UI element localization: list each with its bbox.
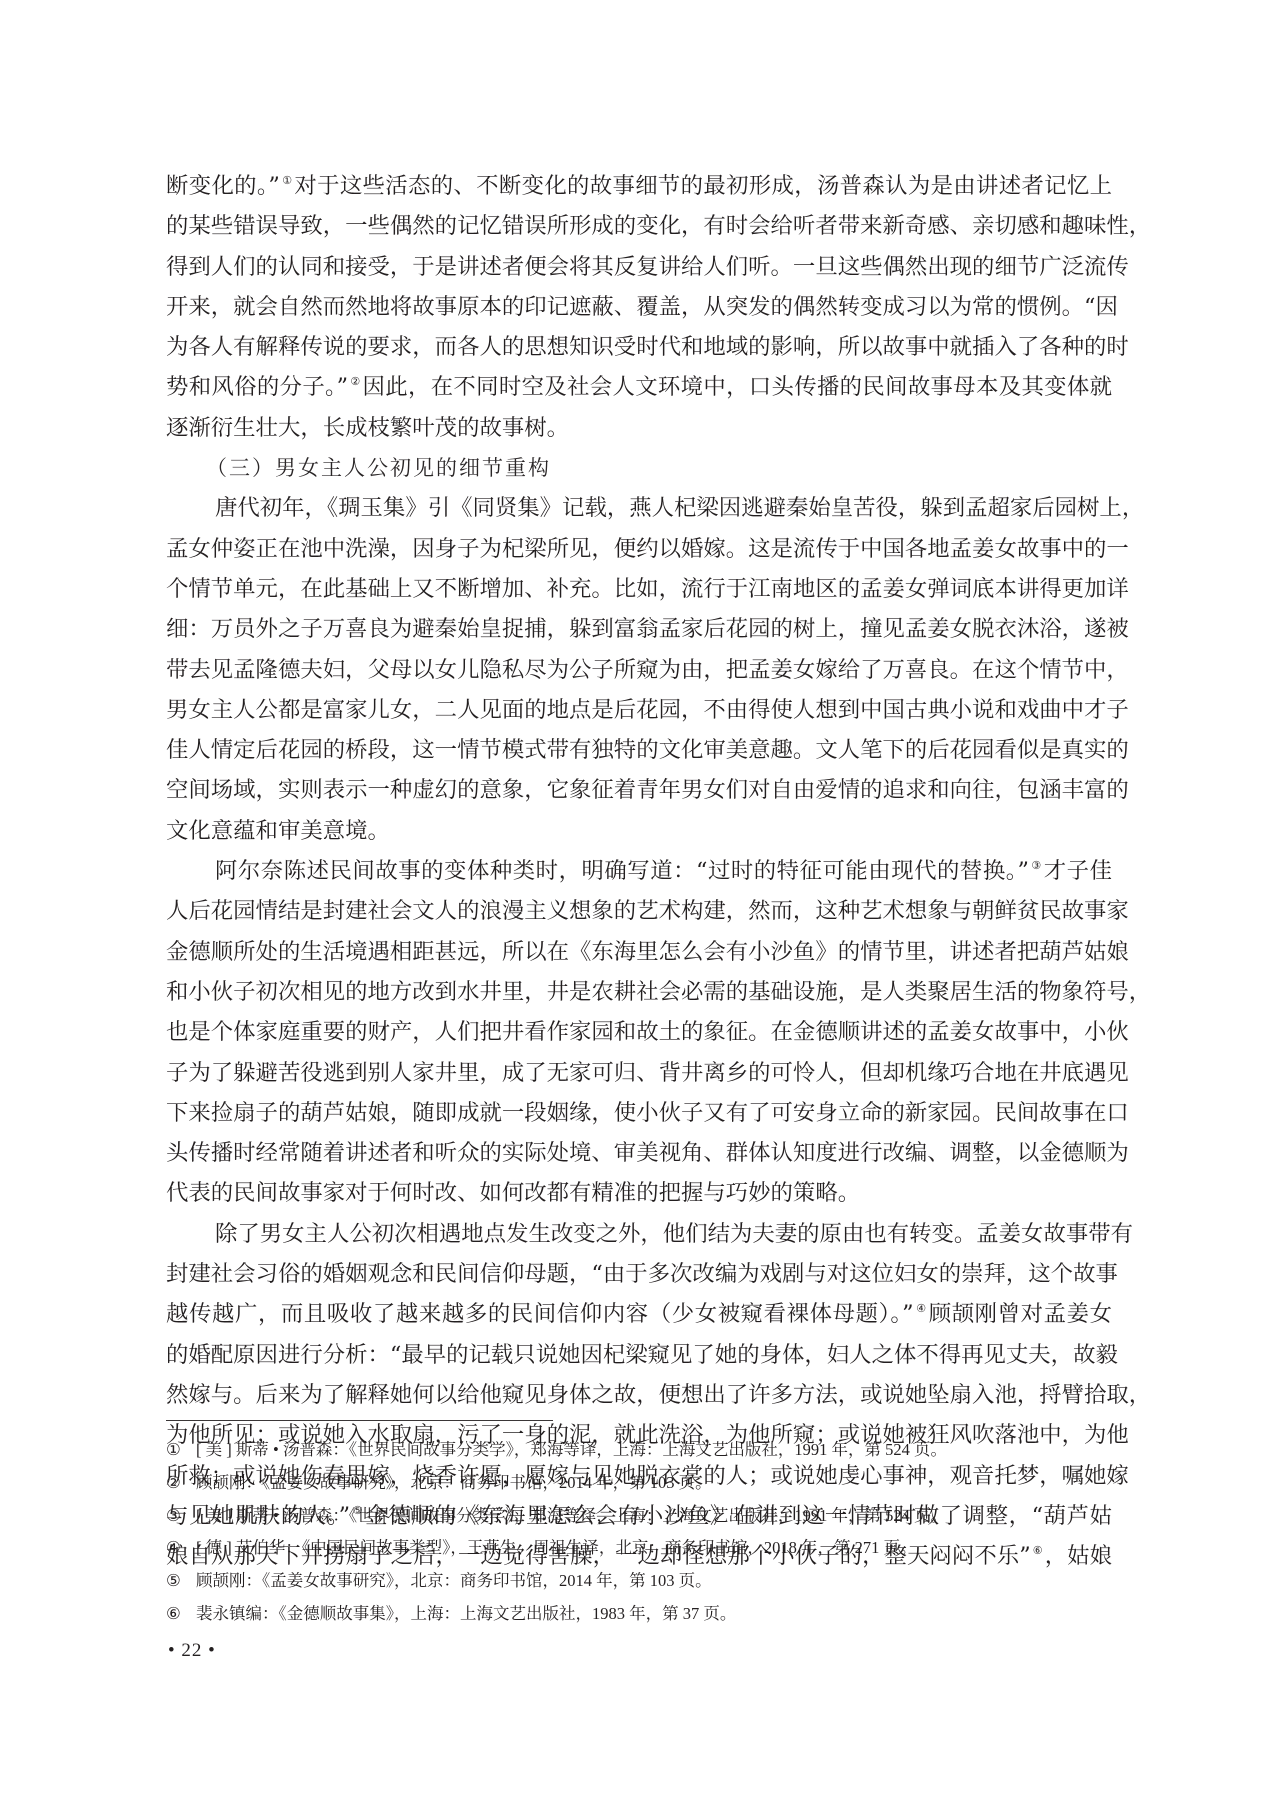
footnote-number: ③	[166, 1500, 196, 1533]
footnote-text: [ 美 ] 斯蒂 • 汤普森：《世界民间故事分类学》，郑海等译，上海：上海文艺出…	[196, 1434, 1112, 1467]
text-line: 得到人们的认同和接受，于是讲述者便会将其反复讲给人们听。一旦这些偶然出现的细节广…	[166, 247, 1112, 287]
text-line: 文化意蕴和审美意境。	[166, 811, 1112, 851]
footnote-number: ①	[166, 1434, 196, 1467]
paragraph-2: 唐代初年，《琱玉集》引《同贤集》记载，燕人杞梁因逃避秦始皇苦役，躲到孟超家后园树…	[166, 488, 1112, 851]
text-line: 子为了躲避苦役逃到别人家井里，成了无家可归、背井离乡的可怜人，但却机缘巧合地在井…	[166, 1053, 1112, 1093]
text-line: 开来，就会自然而然地将故事原本的印记遮蔽、覆盖，从突发的偶然转变成习以为常的惯例…	[166, 287, 1112, 327]
footnote-text: 顾颉刚：《孟姜女故事研究》，北京：商务印书馆，2014 年，第 103 页。	[196, 1467, 1112, 1500]
text-line: 除了男女主人公初次相遇地点发生改变之外，他们结为夫妻的原由也有转变。孟姜女故事带…	[166, 1214, 1112, 1254]
text-fragment: 阿尔奈陈述民间故事的变体种类时，明确写道：“过时的特征可能由现代的替换。”	[215, 858, 1029, 884]
text-line: 唐代初年，《琱玉集》引《同贤集》记载，燕人杞梁因逃避秦始皇苦役，躲到孟超家后园树…	[166, 488, 1112, 528]
footnote-6: ⑥ 裴永镇编：《金德顺故事集》，上海：上海文艺出版社，1983 年，第 37 页…	[166, 1598, 1112, 1631]
text-line: 的婚配原因进行分析：“最早的记载只说她因杞梁窥见了她的身体，妇人之体不得再见丈夫…	[166, 1335, 1112, 1375]
text-fragment: 顾颉刚曾对孟姜女	[929, 1301, 1112, 1327]
text-line: 也是个体家庭重要的财产，人们把井看作家园和故土的象征。在金德顺讲述的孟姜女故事中…	[166, 1012, 1112, 1052]
footnote-1: ① [ 美 ] 斯蒂 • 汤普森：《世界民间故事分类学》，郑海等译，上海：上海文…	[166, 1434, 1112, 1467]
text-line: 人后花园情结是封建社会文人的浪漫主义想象的艺术构建，然而，这种艺术想象与朝鲜贫民…	[166, 891, 1112, 931]
footnote-number: ⑥	[166, 1598, 196, 1631]
text-line: 代表的民间故事家对于何时改、如何改都有精准的把握与巧妙的策略。	[166, 1173, 1112, 1213]
footnote-number: ④	[166, 1532, 196, 1565]
paragraph-1: 断变化的。”①对于这些活态的、不断变化的故事细节的最初形成，汤普森认为是由讲述者…	[166, 166, 1112, 448]
text-line: 空间场域，实则表示一种虚幻的意象，它象征着青年男女们对自由爱情的追求和向往，包涵…	[166, 770, 1112, 810]
footnote-divider	[166, 1420, 553, 1421]
text-line: 男女主人公都是富家儿女，二人见面的地点是后花园，不由得使人想到中国古典小说和戏曲…	[166, 690, 1112, 730]
text-line: 越传越广，而且吸收了越来越多的民间信仰内容（少女被窥看裸体母题）。”④顾颉刚曾对…	[166, 1294, 1112, 1334]
footnote-ref-3[interactable]: ③	[1031, 859, 1042, 872]
text-line: 阿尔奈陈述民间故事的变体种类时，明确写道：“过时的特征可能由现代的替换。”③才子…	[166, 851, 1112, 891]
footnote-2: ② 顾颉刚：《孟姜女故事研究》，北京：商务印书馆，2014 年，第 103 页。	[166, 1467, 1112, 1500]
footnote-ref-2[interactable]: ②	[350, 375, 361, 388]
text-line: 逐渐衍生壮大，长成枝繁叶茂的故事树。	[166, 408, 1112, 448]
footnote-4: ④ [ 德 ] 艾伯华：《中国民间故事类型》，王燕生、周祖生译，北京：商务印书馆…	[166, 1532, 1112, 1565]
text-line: 金德顺所处的生活境遇相距甚远，所以在《东海里怎么会有小沙鱼》的情节里，讲述者把葫…	[166, 932, 1112, 972]
text-line: 头传播时经常随着讲述者和听众的实际处境、审美视角、群体认知度进行改编、调整，以金…	[166, 1133, 1112, 1173]
text-fragment: 势和风俗的分子。”	[166, 374, 348, 400]
text-line: 为各人有解释传说的要求，而各人的思想知识受时代和地域的影响，所以故事中就插入了各…	[166, 327, 1112, 367]
text-line: 带去见孟隆德夫妇，父母以女儿隐私尽为公子所窥为由，把孟姜女嫁给了万喜良。在这个情…	[166, 650, 1112, 690]
footnote-text: [ 德 ] 艾伯华：《中国民间故事类型》，王燕生、周祖生译，北京：商务印书馆，2…	[196, 1532, 1112, 1565]
text-line: 然嫁与。后来为了解释她何以给他窥见身体之故，便想出了许多方法，或说她坠扇入池，捋…	[166, 1375, 1112, 1415]
text-line: 封建社会习俗的婚姻观念和民间信仰母题，“由于多次改编为戏剧与对这位妇女的崇拜，这…	[166, 1254, 1112, 1294]
footnotes: ① [ 美 ] 斯蒂 • 汤普森：《世界民间故事分类学》，郑海等译，上海：上海文…	[166, 1434, 1112, 1631]
footnote-3: ③ [ 美 ] 斯蒂 • 汤普森：《世界民间故事分类学》，郑海等译，上海：上海文…	[166, 1500, 1112, 1533]
footnote-text: 裴永镇编：《金德顺故事集》，上海：上海文艺出版社，1983 年，第 37 页。	[196, 1598, 1112, 1631]
footnote-text: [ 美 ] 斯蒂 • 汤普森：《世界民间故事分类学》，郑海等译，上海：上海文艺出…	[196, 1500, 1112, 1533]
footnote-ref-1[interactable]: ①	[282, 174, 293, 187]
footnote-number: ②	[166, 1467, 196, 1500]
page-number: • 22 •	[168, 1640, 216, 1662]
text-line: 细：万员外之子万喜良为避秦始皇捉捕，躲到富翁孟家后花园的树上，撞见孟姜女脱衣沐浴…	[166, 609, 1112, 649]
text-fragment: 才子佳	[1044, 858, 1112, 884]
text-fragment: 越传越广，而且吸收了越来越多的民间信仰内容（少女被窥看裸体母题）。”	[166, 1301, 914, 1327]
text-line: 势和风俗的分子。”②因此，在不同时空及社会人文环境中，口头传播的民间故事母本及其…	[166, 367, 1112, 407]
text-fragment: 断变化的。”	[166, 173, 280, 199]
text-fragment: 因此，在不同时空及社会人文环境中，口头传播的民间故事母本及其变体就	[363, 374, 1112, 400]
text-line: 孟女仲姿正在池中洗澡，因身子为杞梁所见，便约以婚嫁。这是流传于中国各地孟姜女故事…	[166, 529, 1112, 569]
text-fragment: 对于这些活态的、不断变化的故事细节的最初形成，汤普森认为是由讲述者记忆上	[294, 173, 1112, 199]
text-line: 断变化的。”①对于这些活态的、不断变化的故事细节的最初形成，汤普森认为是由讲述者…	[166, 166, 1112, 206]
footnote-5: ⑤ 顾颉刚：《孟姜女故事研究》，北京：商务印书馆，2014 年，第 103 页。	[166, 1565, 1112, 1598]
text-line: 和小伙子初次相见的地方改到水井里，井是农耕社会必需的基础设施，是人类聚居生活的物…	[166, 972, 1112, 1012]
footnote-ref-4[interactable]: ④	[916, 1302, 927, 1315]
paragraph-3: 阿尔奈陈述民间故事的变体种类时，明确写道：“过时的特征可能由现代的替换。”③才子…	[166, 851, 1112, 1214]
footnote-text: 顾颉刚：《孟姜女故事研究》，北京：商务印书馆，2014 年，第 103 页。	[196, 1565, 1112, 1598]
text-line: 个情节单元，在此基础上又不断增加、补充。比如，流行于江南地区的孟姜女弹词底本讲得…	[166, 569, 1112, 609]
text-line: 下来捡扇子的葫芦姑娘，随即成就一段姻缘，使小伙子又有了可安身立命的新家园。民间故…	[166, 1093, 1112, 1133]
text-line: 的某些错误导致，一些偶然的记忆错误所形成的变化，有时会给听者带来新奇感、亲切感和…	[166, 206, 1112, 246]
footnote-number: ⑤	[166, 1565, 196, 1598]
section-heading: （三）男女主人公初见的细节重构	[166, 448, 1112, 488]
text-line: 佳人情定后花园的桥段，这一情节模式带有独特的文化审美意趣。文人笔下的后花园看似是…	[166, 730, 1112, 770]
page-body: 断变化的。”①对于这些活态的、不断变化的故事细节的最初形成，汤普森认为是由讲述者…	[166, 166, 1112, 1576]
